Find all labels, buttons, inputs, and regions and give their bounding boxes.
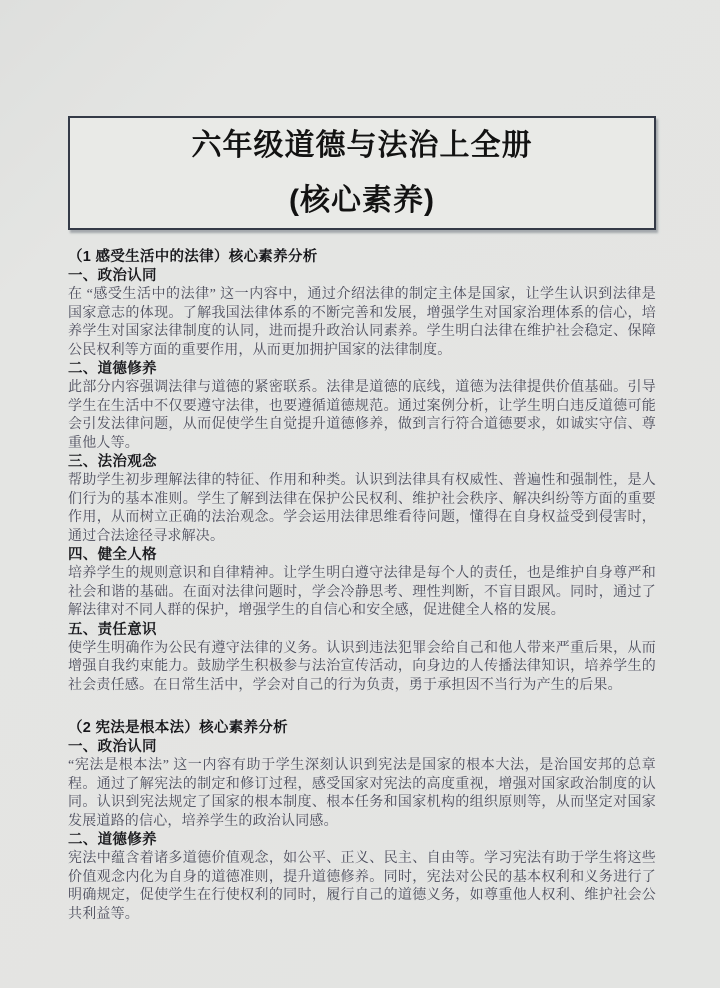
document-title: 六年级道德与法治上全册 (70, 118, 654, 173)
section-1-subheading-rule-of-law: 三、法治观念 (68, 453, 656, 472)
section-2-subheading-political-identity: 一、政治认同 (68, 738, 656, 757)
section-1-heading: （1 感受生活中的法律）核心素养分析 (68, 248, 656, 267)
section-2-heading: （2 宪法是根本法）核心素养分析 (68, 719, 656, 738)
title-box: 六年级道德与法治上全册 (核心素养) (68, 116, 656, 230)
section-1-paragraph-political-identity: 在 “感受生活中的法律” 这一内容中，通过介绍法律的制定主体是国家，让学生认识到… (68, 286, 656, 360)
document-subtitle: (核心素养) (70, 173, 654, 228)
section-2-paragraph-moral-cultivation: 宪法中蕴含着诸多道德价值观念，如公平、正义、民主、自由等。学习宪法有助于学生将这… (68, 850, 656, 924)
document-body: （1 感受生活中的法律）核心素养分析 一、政治认同 在 “感受生活中的法律” 这… (68, 248, 656, 924)
section-1-subheading-political-identity: 一、政治认同 (68, 267, 656, 286)
section-2-subheading-moral-cultivation: 二、道德修养 (68, 831, 656, 850)
section-1-paragraph-rule-of-law: 帮助学生初步理解法律的特征、作用和种类。认识到法律具有权威性、普遍性和强制性，是… (68, 472, 656, 546)
section-1-paragraph-sound-personality: 培养学生的规则意识和自律精神。让学生明白遵守法律是每个人的责任，也是维护自身尊严… (68, 565, 656, 621)
section-1-subheading-responsibility: 五、责任意识 (68, 621, 656, 640)
section-2-paragraph-political-identity: “宪法是根本法” 这一内容有助于学生深刻认识到宪法是国家的根本大法，是治国安邦的… (68, 757, 656, 831)
section-1-subheading-sound-personality: 四、健全人格 (68, 546, 656, 565)
section-1-paragraph-responsibility: 使学生明确作为公民有遵守法律的义务。认识到违法犯罪会给自己和他人带来严重后果，从… (68, 640, 656, 696)
section-1-subheading-moral-cultivation: 二、道德修养 (68, 360, 656, 379)
section-1-paragraph-moral-cultivation: 此部分内容强调法律与道德的紧密联系。法律是道德的底线，道德为法律提供价值基础。引… (68, 379, 656, 453)
document-page: 六年级道德与法治上全册 (核心素养) （1 感受生活中的法律）核心素养分析 一、… (0, 0, 720, 988)
